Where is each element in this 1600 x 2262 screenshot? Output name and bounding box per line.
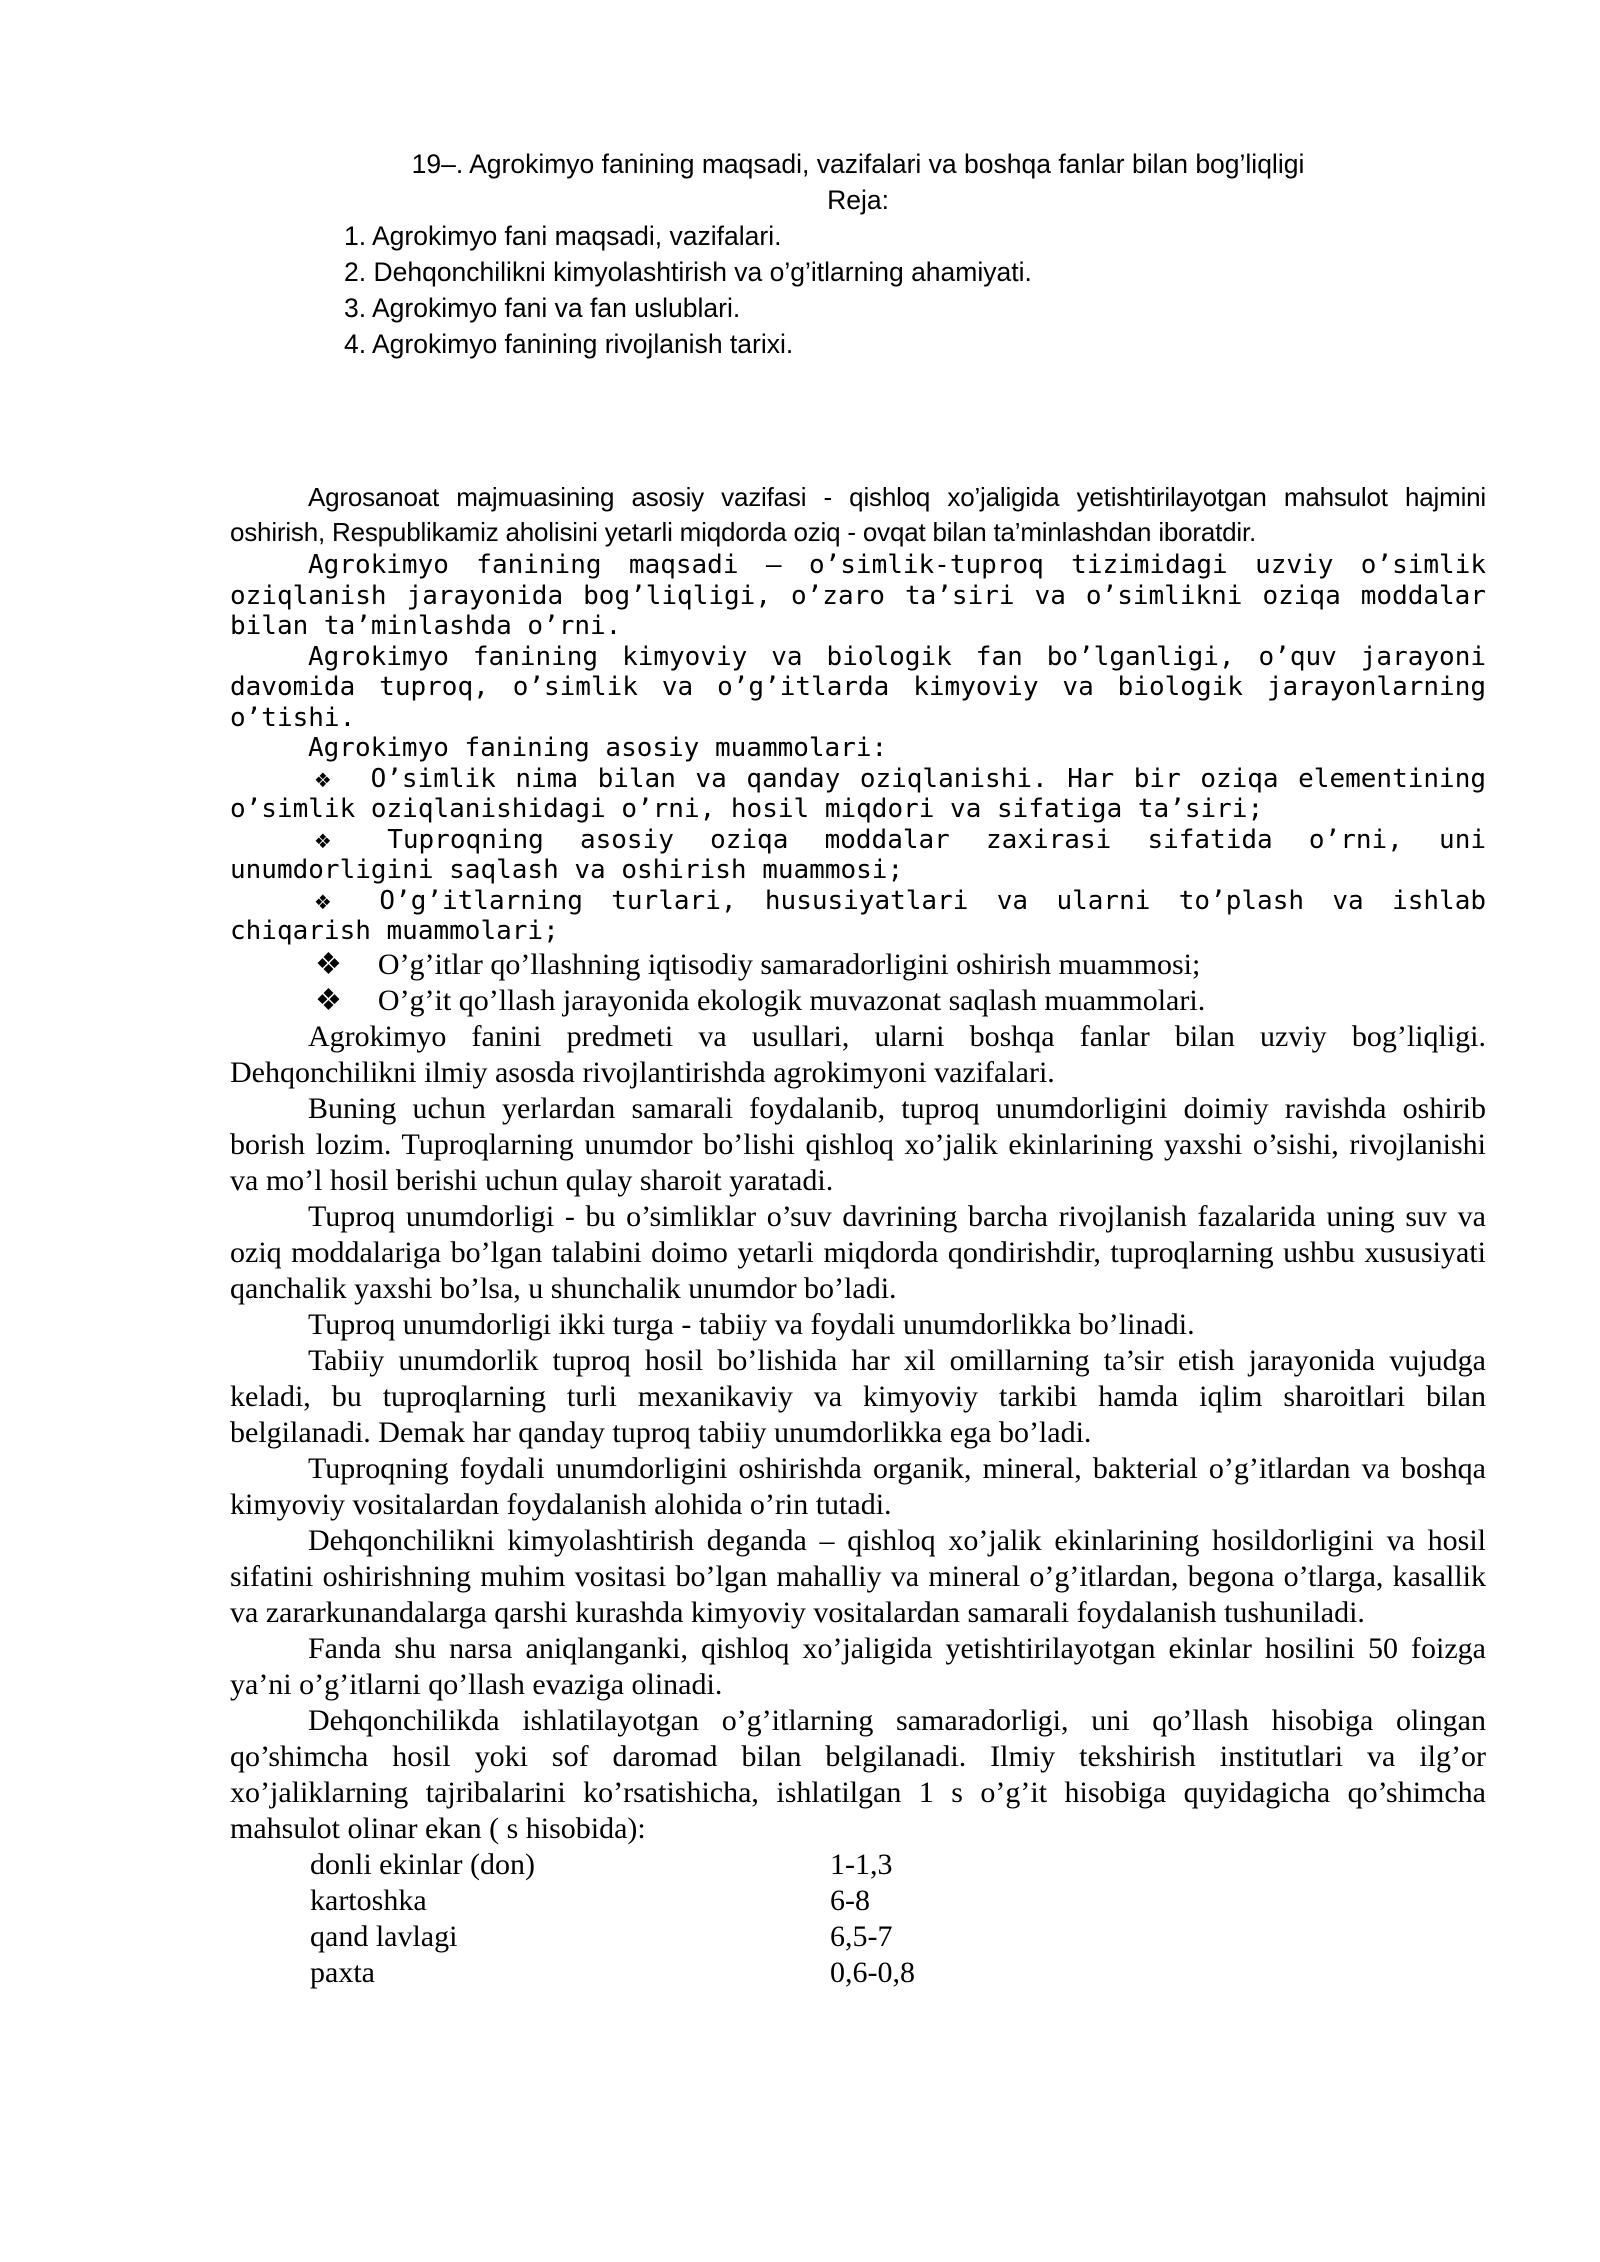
intro-paragraph: Agrosanoat majmuasining asosiy vazifasi …: [230, 480, 1486, 550]
problems-heading: Agrokimyo fanining asosiy muammolari:: [230, 733, 1486, 764]
body-paragraph-fertility-types: Tuproq unumdorligi ikki turga - tabiiy v…: [230, 1307, 1486, 1343]
body-paragraph-land-use: Buning uchun yerlardan samarali foydalan…: [230, 1091, 1486, 1199]
mono-paragraph-science: Agrokimyo fanining kimyoviy va biologik …: [230, 642, 1486, 734]
crop-value-cell: 1-1,3: [830, 1847, 893, 1883]
crop-name-cell: paxta: [310, 1955, 830, 1991]
bullet-item-economics: ❖O’g’itlar qo’llashning iqtisodiy samara…: [230, 947, 1486, 983]
crop-value-cell: 6-8: [830, 1883, 870, 1919]
bullet-item-nutrition: ❖O’simlik nima bilan va qanday oziqlanis…: [230, 764, 1486, 825]
body-paragraph-chemicalization: Dehqonchilikni kimyolashtirish deganda –…: [230, 1523, 1486, 1631]
table-row: kartoshka6-8: [230, 1883, 1486, 1919]
diamond-bullet-icon: ❖: [315, 984, 342, 1017]
plan-outline: 1. Agrokimyo fani maqsadi, vazifalari. 2…: [344, 218, 1486, 362]
body-paragraph-fifty-percent: Fanda shu narsa aniqlanganki, qishloq xo…: [230, 1631, 1486, 1703]
bullet-item-fertilizer-types: ❖O’g’itlarning turlari, hususiyatlari va…: [230, 886, 1486, 947]
mono-paragraph-goal: Agrokimyo fanining maqsadi – o’simlik-tu…: [230, 550, 1486, 642]
bullet-text: O’g’itlar qo’llashning iqtisodiy samarad…: [378, 948, 1200, 981]
plan-item-4: 4. Agrokimyo fanining rivojlanish tarixi…: [344, 326, 1486, 362]
plan-item-2: 2. Dehqonchilikni kimyolashtirish va o’g…: [344, 254, 1486, 290]
plan-item-1: 1. Agrokimyo fani maqsadi, vazifalari.: [344, 218, 1486, 254]
bullet-item-soil-reserve: ❖Tuproqning asosiy oziqa moddalar zaxira…: [230, 825, 1486, 886]
crop-name-cell: donli ekinlar (don): [310, 1847, 830, 1883]
crop-value-cell: 6,5-7: [830, 1919, 893, 1955]
document-page: 19–. Agrokimyo fanining maqsadi, vazifal…: [0, 0, 1600, 2262]
diamond-bullet-icon: ❖: [315, 948, 342, 981]
table-row: qand lavlagi6,5-7: [230, 1919, 1486, 1955]
bullet-text: O’g’itlarning turlari, hususiyatlari va …: [230, 886, 1486, 947]
body-paragraph-useful-fertility: Tuproqning foydali unumdorligini oshiris…: [230, 1451, 1486, 1523]
bullet-text: O’simlik nima bilan va qanday oziqlanish…: [230, 764, 1486, 825]
diamond-bullet-icon: ❖: [315, 825, 351, 855]
body-paragraph-natural-fertility: Tabiiy unumdorlik tuproq hosil bo’lishid…: [230, 1343, 1486, 1451]
crop-value-cell: 0,6-0,8: [830, 1955, 915, 1991]
diamond-bullet-icon: ❖: [315, 764, 335, 794]
bullet-text: Tuproqning asosiy oziqa moddalar zaxiras…: [230, 825, 1486, 886]
body-paragraph-fertility-definition: Tuproq unumdorligi - bu o’simliklar o’su…: [230, 1199, 1486, 1307]
table-row: paxta0,6-0,8: [230, 1955, 1486, 1991]
body-paragraph-efficiency: Dehqonchilikda ishlatilayotgan o’g’itlar…: [230, 1703, 1486, 1847]
crop-name-cell: qand lavlagi: [310, 1919, 830, 1955]
plan-item-3: 3. Agrokimyo fani va fan uslublari.: [344, 290, 1486, 326]
bullet-item-ecology: ❖O’g’it qo’llash jarayonida ekologik muv…: [230, 983, 1486, 1019]
diamond-bullet-icon: ❖: [315, 886, 343, 916]
table-row: donli ekinlar (don)1-1,3: [230, 1847, 1486, 1883]
crop-name-cell: kartoshka: [310, 1883, 830, 1919]
body-paragraph-subject: Agrokimyo fanini predmeti va usullari, u…: [230, 1019, 1486, 1091]
yield-table: donli ekinlar (don)1-1,3 kartoshka6-8 qa…: [230, 1847, 1486, 1991]
bullet-text: O’g’it qo’llash jarayonida ekologik muva…: [378, 984, 1205, 1017]
document-title: 19–. Agrokimyo fanining maqsadi, vazifal…: [230, 146, 1486, 182]
plan-heading: Reja:: [230, 182, 1486, 218]
